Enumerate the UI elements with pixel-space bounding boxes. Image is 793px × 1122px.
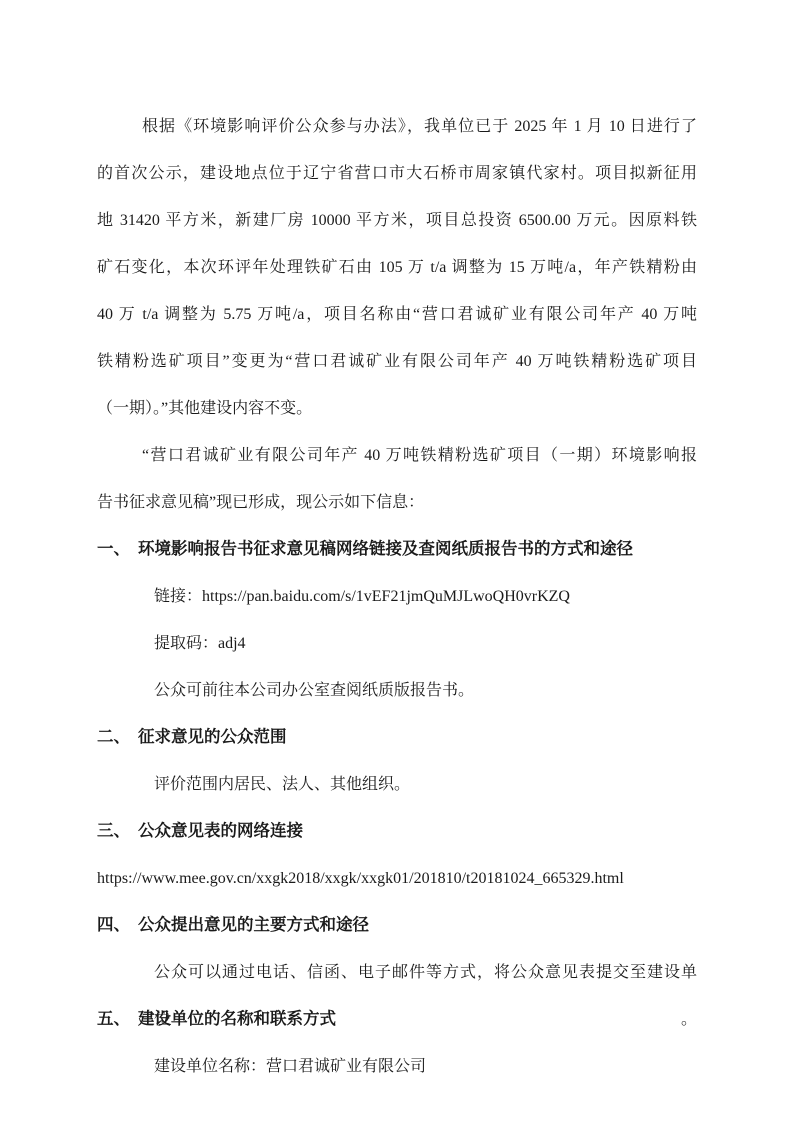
document-page: 根据《环境影响评价公众参与办法》，我单位已于 2025 年 1 月 10 日进行… <box>0 0 793 1122</box>
section-number: 二、 <box>97 728 130 746</box>
paper-copy-line: 公众可前往本公司办公室查阅纸质版报告书。 <box>97 667 697 714</box>
public-scope-line: 评价范围内居民、法人、其他组织。 <box>97 761 697 808</box>
section-4-heading: 四、公众提出意见的主要方式和途径 <box>97 902 697 949</box>
paragraph-line: 铁精粉选矿项目”变更为“营口君诚矿业有限公司年产 40 万吨铁精粉选矿项目 <box>97 338 697 385</box>
submit-methods-line: 公众可以通过电话、信函、电子邮件等方式，将公众意见表提交至建设单位。 <box>97 949 697 996</box>
section-title: 公众提出意见的主要方式和途径 <box>138 916 369 934</box>
section-number: 三、 <box>97 822 130 840</box>
section-number: 一、 <box>97 540 130 558</box>
paragraph-line: 地 31420 平方米，新建厂房 10000 平方米，项目总投资 6500.00… <box>97 197 697 244</box>
section-2-heading: 二、征求意见的公众范围 <box>97 714 697 761</box>
section-title: 征求意见的公众范围 <box>138 728 287 746</box>
section-1-heading: 一、环境影响报告书征求意见稿网络链接及查阅纸质报告书的方式和途径 <box>97 526 697 573</box>
notice-body: 根据《环境影响评价公众参与办法》，我单位已于 2025 年 1 月 10 日进行… <box>97 103 697 1090</box>
paragraph-line: 根据《环境影响评价公众参与办法》，我单位已于 2025 年 1 月 10 日进行… <box>97 103 697 150</box>
report-link-line: 链接：https://pan.baidu.com/s/1vEF21jmQuMJL… <box>97 573 697 620</box>
paragraph-line: 40 万 t/a 调整为 5.75 万吨/a，项目名称由“营口君诚矿业有限公司年… <box>97 291 697 338</box>
draft-report-paragraph: “营口君诚矿业有限公司年产 40 万吨铁精粉选矿项目（一期）环境影响报告书征求意… <box>97 432 697 526</box>
section-number: 五、 <box>97 1010 130 1028</box>
paragraph-line: “营口君诚矿业有限公司年产 40 万吨铁精粉选矿项目（一期）环境影响报 <box>97 432 697 479</box>
company-name-line: 建设单位名称：营口君诚矿业有限公司 <box>97 1043 697 1090</box>
section-3-heading: 三、公众意见表的网络连接 <box>97 808 697 855</box>
intro-paragraph: 根据《环境影响评价公众参与办法》，我单位已于 2025 年 1 月 10 日进行… <box>97 103 697 432</box>
paragraph-line: 告书征求意见稿”现已形成，现公示如下信息： <box>97 479 697 526</box>
paragraph-line: 的首次公示，建设地点位于辽宁省营口市大石桥市周家镇代家村。项目拟新征用 <box>97 150 697 197</box>
paragraph-line: 矿石变化，本次环评年处理铁矿石由 105 万 t/a 调整为 15 万吨/a，年… <box>97 244 697 291</box>
section-title: 环境影响报告书征求意见稿网络链接及查阅纸质报告书的方式和途径 <box>138 540 633 558</box>
section-number: 四、 <box>97 916 130 934</box>
paragraph-line: （一期）。”其他建设内容不变。 <box>97 385 697 432</box>
extract-code-line: 提取码：adj4 <box>97 620 697 667</box>
feedback-form-url-line: https://www.mee.gov.cn/xxgk2018/xxgk/xxg… <box>97 855 697 902</box>
section-title: 建设单位的名称和联系方式 <box>138 1010 336 1028</box>
section-title: 公众意见表的网络连接 <box>138 822 303 840</box>
